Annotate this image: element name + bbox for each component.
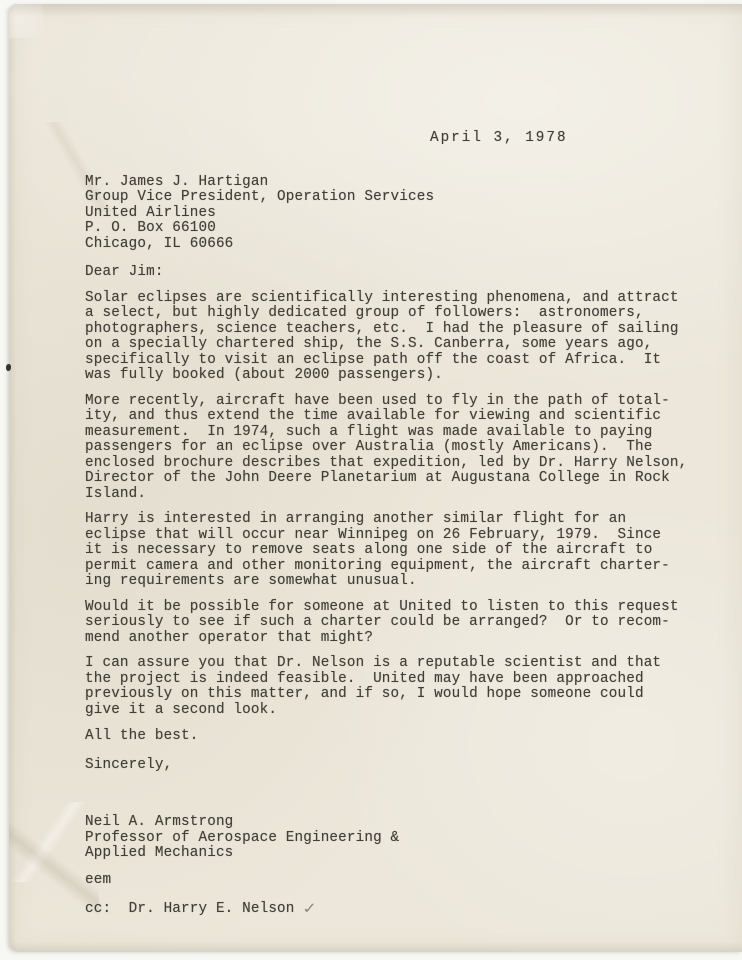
sender-title-line-2: Applied Mechanics (85, 846, 702, 862)
cc-line: cc: Dr. Harry E. Nelson✓ (85, 901, 702, 918)
ink-speck (6, 364, 11, 371)
sender-name: Neil A. Armstrong (85, 815, 702, 831)
recipient-title: Group Vice President, Operation Services (85, 190, 702, 206)
typist-initials: eem (85, 873, 702, 889)
recipient-address-block: Mr. James J. Hartigan Group Vice Preside… (85, 175, 702, 253)
recipient-name: Mr. James J. Hartigan (85, 175, 702, 191)
salutation: Dear Jim: (85, 265, 702, 281)
body-paragraph-4: Would it be possible for someone at Unit… (85, 600, 702, 647)
recipient-company: United Airlines (85, 206, 702, 222)
body-paragraph-1: Solar eclipses are scientifically intere… (85, 291, 702, 384)
body-paragraph-2: More recently, aircraft have been used t… (85, 394, 702, 503)
sender-title-line-1: Professor of Aerospace Engineering & (85, 831, 702, 847)
letter-paper: April 3, 1978 Mr. James J. Hartigan Grou… (9, 4, 742, 952)
recipient-po-box: P. O. Box 66100 (85, 221, 702, 237)
body-paragraph-3: Harry is interested in arranging another… (85, 512, 702, 590)
letter-date: April 3, 1978 (430, 131, 702, 147)
closing: Sincerely, (85, 758, 702, 774)
body-paragraph-5: I can assure you that Dr. Nelson is a re… (85, 656, 702, 718)
recipient-city-line: Chicago, IL 60666 (85, 237, 702, 253)
checkmark-annotation: ✓ (302, 901, 317, 918)
informal-closing: All the best. (85, 729, 702, 745)
cc-text: cc: Dr. Harry E. Nelson (85, 901, 295, 917)
letter-content: April 3, 1978 Mr. James J. Hartigan Grou… (9, 4, 742, 952)
signature-block: Neil A. Armstrong Professor of Aerospace… (85, 815, 702, 862)
